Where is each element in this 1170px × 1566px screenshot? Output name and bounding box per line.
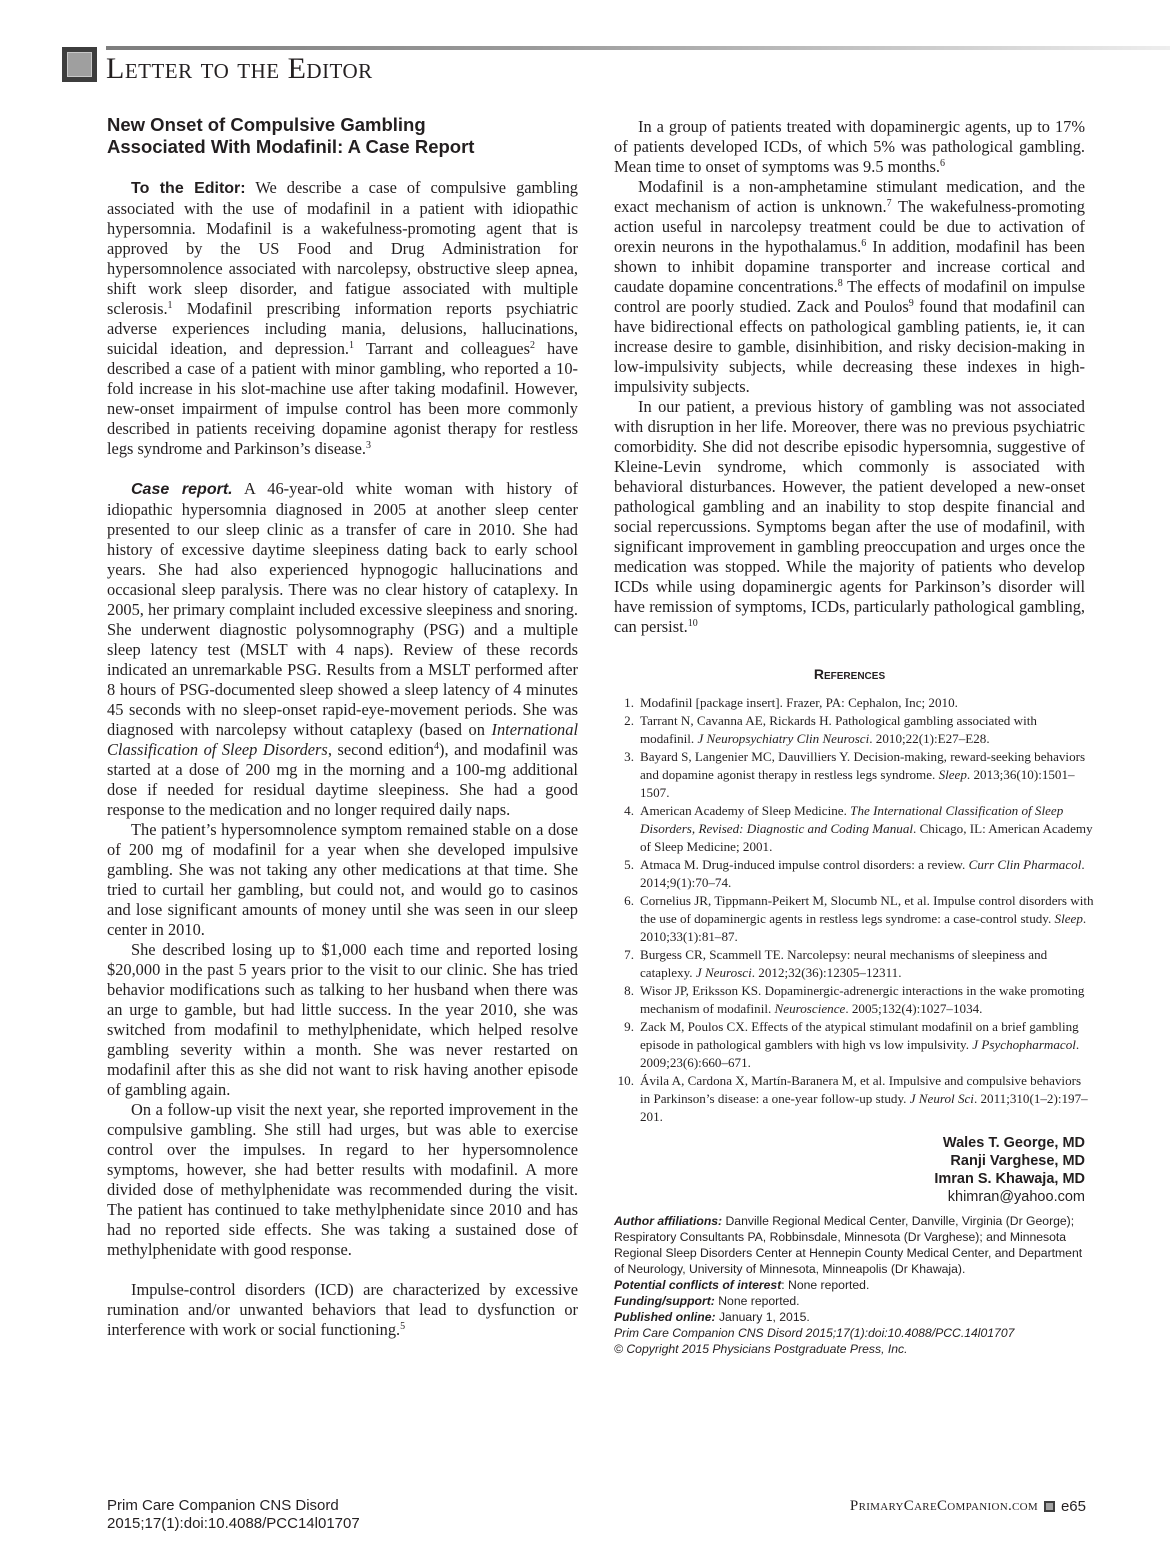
article-title: New Onset of Compulsive Gambling Associa… xyxy=(107,114,587,158)
reference-item: 10.Ávila A, Cardona X, Martín-Baranera M… xyxy=(614,1072,1094,1126)
reference-item: 7.Burgess CR, Scammell TE. Narcolepsy: n… xyxy=(614,946,1094,982)
author-name: Wales T. George, MD xyxy=(614,1134,1085,1152)
left-column: To the Editor: We describe a case of com… xyxy=(107,178,578,1340)
header-rule xyxy=(106,46,1170,50)
paragraph-5: On a follow-up visit the next year, she … xyxy=(107,1100,578,1260)
author-name: Imran S. Khawaja, MD xyxy=(614,1170,1085,1188)
reference-item: 8.Wisor JP, Eriksson KS. Dopaminergic-ad… xyxy=(614,982,1094,1018)
conflicts-of-interest: Potential conflicts of interest: None re… xyxy=(614,1277,1094,1293)
copyright-line: © Copyright 2015 Physicians Postgraduate… xyxy=(614,1341,1094,1357)
citation-ref: 10 xyxy=(688,618,698,629)
article-title-line1: New Onset of Compulsive Gambling xyxy=(107,114,587,136)
citation-ref: 3 xyxy=(366,440,371,451)
paragraph-r3: In our patient, a previous history of ga… xyxy=(614,397,1085,637)
paragraph-r2: Modafinil is a non-amphetamine stimulant… xyxy=(614,177,1085,397)
references-list: 1.Modafinil [package insert]. Frazer, PA… xyxy=(614,694,1094,1126)
paragraph-4: She described losing up to $1,000 each t… xyxy=(107,940,578,1100)
paragraph-r1: In a group of patients treated with dopa… xyxy=(614,117,1085,177)
reference-item: 3.Bayard S, Langenier MC, Dauvilliers Y.… xyxy=(614,748,1094,802)
citation-ref: 5 xyxy=(400,1321,405,1332)
footer-square-icon xyxy=(1044,1501,1055,1512)
section-square-icon xyxy=(62,47,97,82)
author-name: Ranji Varghese, MD xyxy=(614,1152,1085,1170)
section-label: Letter to the Editor xyxy=(106,52,373,86)
author-email-link[interactable]: khimran@yahoo.com xyxy=(614,1188,1085,1206)
reference-item: 4.American Academy of Sleep Medicine. Th… xyxy=(614,802,1094,856)
author-block: Wales T. George, MD Ranji Varghese, MD I… xyxy=(614,1134,1085,1206)
reference-item: 2.Tarrant N, Cavanna AE, Rickards H. Pat… xyxy=(614,712,1094,748)
right-column: In a group of patients treated with dopa… xyxy=(614,117,1085,637)
paragraph-3: The patient’s hypersomnolence symptom re… xyxy=(107,820,578,940)
reference-item: 6.Cornelius JR, Tippmann-Peikert M, Sloc… xyxy=(614,892,1094,946)
intro-lead: To the Editor: xyxy=(131,180,246,197)
footer-journal-citation: Prim Care Companion CNS Disord 2015;17(1… xyxy=(107,1497,360,1533)
funding-support: Funding/support: None reported. xyxy=(614,1293,1094,1309)
footer-site-link[interactable]: PrimaryCareCompanion.com xyxy=(850,1498,1038,1515)
article-title-line2: Associated With Modafinil: A Case Report xyxy=(107,136,587,158)
paragraph-intro: To the Editor: We describe a case of com… xyxy=(107,178,578,459)
case-report-lead: Case report. xyxy=(131,481,233,498)
footer-site-page: PrimaryCareCompanion.com e65 xyxy=(850,1498,1086,1515)
citation-line: Prim Care Companion CNS Disord 2015;17(1… xyxy=(614,1325,1094,1341)
reference-item: 5.Atmaca M. Drug-induced impulse control… xyxy=(614,856,1094,892)
citation-ref: 6 xyxy=(940,158,945,169)
references-heading: References xyxy=(614,666,1085,682)
paragraph-case-report: Case report. A 46-year-old white woman w… xyxy=(107,479,578,820)
author-affiliations: Author affiliations: Danville Regional M… xyxy=(614,1213,1094,1277)
reference-item: 9.Zack M, Poulos CX. Effects of the atyp… xyxy=(614,1018,1094,1072)
paragraph-6: Impulse-control disorders (ICD) are char… xyxy=(107,1280,578,1340)
published-online: Published online: January 1, 2015. xyxy=(614,1309,1094,1325)
affiliations-block: Author affiliations: Danville Regional M… xyxy=(614,1213,1094,1357)
page-number: e65 xyxy=(1061,1498,1086,1515)
reference-item: 1.Modafinil [package insert]. Frazer, PA… xyxy=(614,694,1094,712)
